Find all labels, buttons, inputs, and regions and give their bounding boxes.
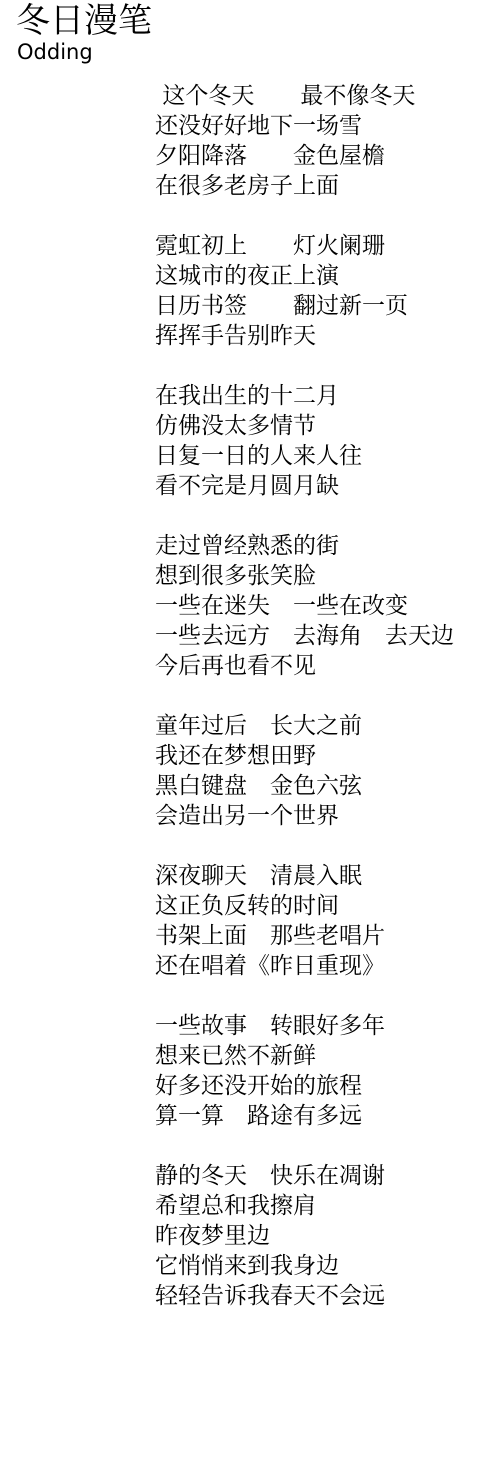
lyric-line: 走过曾经熟悉的街: [155, 531, 454, 561]
lyric-line: 这个冬天 最不像冬天: [155, 81, 454, 111]
lyric-line: 这正负反转的时间: [155, 891, 454, 921]
stanza-4: 走过曾经熟悉的街 想到很多张笑脸 一些在迷失 一些在改变 一些去远方 去海角 去…: [155, 531, 454, 681]
lyric-line: 挥挥手告别昨天: [155, 321, 454, 351]
lyric-line: 还在唱着《昨日重现》: [155, 951, 454, 981]
lyric-line: 算一算 路途有多远: [155, 1101, 454, 1131]
stanza-5: 童年过后 长大之前 我还在梦想田野 黑白键盘 金色六弦 会造出另一个世界: [155, 711, 454, 831]
lyric-line: 这城市的夜正上演: [155, 261, 454, 291]
lyric-line: 一些在迷失 一些在改变: [155, 591, 454, 621]
lyric-line: 一些去远方 去海角 去天边: [155, 621, 454, 651]
lyric-line: 一些故事 转眼好多年: [155, 1011, 454, 1041]
lyric-line: 在很多老房子上面: [155, 171, 454, 201]
lyric-line: 昨夜梦里边: [155, 1221, 454, 1251]
lyric-line: 轻轻告诉我春天不会远: [155, 1281, 454, 1311]
lyric-line: 黑白键盘 金色六弦: [155, 771, 454, 801]
lyrics-body: 这个冬天 最不像冬天 还没好好地下一场雪 夕阳降落 金色屋檐 在很多老房子上面 …: [155, 81, 454, 1311]
stanza-3: 在我出生的十二月 仿佛没太多情节 日复一日的人来人往 看不完是月圆月缺: [155, 381, 454, 501]
lyric-line: 在我出生的十二月: [155, 381, 454, 411]
lyric-line: 还没好好地下一场雪: [155, 111, 454, 141]
stanza-8: 静的冬天 快乐在凋谢 希望总和我擦肩 昨夜梦里边 它悄悄来到我身边 轻轻告诉我春…: [155, 1161, 454, 1311]
lyric-line: 夕阳降落 金色屋檐: [155, 141, 454, 171]
lyric-line: 好多还没开始的旅程: [155, 1071, 454, 1101]
lyric-line: 看不完是月圆月缺: [155, 471, 454, 501]
lyric-line: 日复一日的人来人往: [155, 441, 454, 471]
lyric-line: 霓虹初上 灯火阑珊: [155, 231, 454, 261]
lyric-line: 静的冬天 快乐在凋谢: [155, 1161, 454, 1191]
lyric-line: 希望总和我擦肩: [155, 1191, 454, 1221]
lyric-line: 我还在梦想田野: [155, 741, 454, 771]
lyric-line: 会造出另一个世界: [155, 801, 454, 831]
lyric-line: 今后再也看不见: [155, 651, 454, 681]
page-title: 冬日漫笔: [16, 1, 152, 41]
lyric-line: 它悄悄来到我身边: [155, 1251, 454, 1281]
artist-name: Odding: [17, 40, 93, 64]
stanza-6: 深夜聊天 清晨入眠 这正负反转的时间 书架上面 那些老唱片 还在唱着《昨日重现》: [155, 861, 454, 981]
stanza-1: 这个冬天 最不像冬天 还没好好地下一场雪 夕阳降落 金色屋檐 在很多老房子上面: [155, 81, 454, 201]
lyric-line: 想来已然不新鲜: [155, 1041, 454, 1071]
lyric-line: 深夜聊天 清晨入眠: [155, 861, 454, 891]
lyric-line: 仿佛没太多情节: [155, 411, 454, 441]
lyric-line: 日历书签 翻过新一页: [155, 291, 454, 321]
stanza-7: 一些故事 转眼好多年 想来已然不新鲜 好多还没开始的旅程 算一算 路途有多远: [155, 1011, 454, 1131]
stanza-2: 霓虹初上 灯火阑珊 这城市的夜正上演 日历书签 翻过新一页 挥挥手告别昨天: [155, 231, 454, 351]
lyric-line: 想到很多张笑脸: [155, 561, 454, 591]
lyric-line: 童年过后 长大之前: [155, 711, 454, 741]
lyric-line: 书架上面 那些老唱片: [155, 921, 454, 951]
